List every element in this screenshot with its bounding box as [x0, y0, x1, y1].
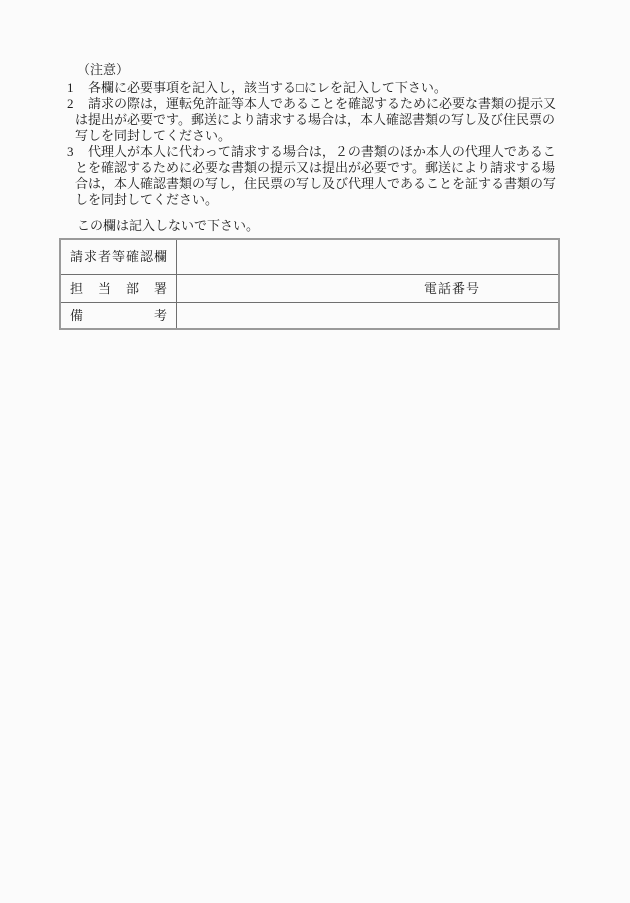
- note-line: 各欄に必要事項を記入し，該当する□にレを記入して下さい。: [75, 80, 565, 96]
- staff-confirmation-table: 請求者等確認欄 担当部署 電話番号 備考: [59, 238, 560, 330]
- note-line: 写しを同封してください。: [75, 128, 565, 144]
- table-label-requester-confirmation: 請求者等確認欄: [61, 240, 177, 274]
- note-number-3: 3: [67, 144, 80, 160]
- phone-number-label: 電話番号: [424, 275, 480, 302]
- document-page: （注意） 1 各欄に必要事項を記入し，該当する□にレを記入して下さい。 2 請求…: [0, 0, 630, 903]
- table-cell-requester-confirmation: [177, 240, 558, 274]
- note-item-1: 1 各欄に必要事項を記入し，該当する□にレを記入して下さい。: [67, 80, 565, 96]
- note-line: 請求の際は，運転免許証等本人であることを確認するために必要な書類の提示又: [75, 96, 565, 112]
- note-item-2: 2 請求の際は，運転免許証等本人であることを確認するために必要な書類の提示又 は…: [67, 96, 565, 144]
- table-row-requester-confirmation: 請求者等確認欄: [61, 240, 558, 274]
- table-row-remarks: 備考: [61, 302, 558, 328]
- notes-section: （注意） 1 各欄に必要事項を記入し，該当する□にレを記入して下さい。 2 請求…: [67, 62, 565, 208]
- note-line: は提出が必要です。郵送により請求する場合は，本人確認書類の写し及び住民票の: [75, 112, 565, 128]
- table-label-department: 担当部署: [61, 275, 177, 302]
- table-cell-department: 電話番号: [177, 275, 558, 302]
- staff-only-note: この欄は記入しないで下さい。: [77, 218, 259, 234]
- table-label-remarks: 備考: [61, 303, 177, 328]
- notes-heading: （注意）: [67, 62, 565, 78]
- note-line: 代理人が本人に代わって請求する場合は，２の書類のほか本人の代理人であるこ: [75, 144, 565, 160]
- note-line: とを確認するために必要な書類の提示又は提出が必要です。郵送により請求する場: [75, 160, 565, 176]
- note-line: しを同封してください。: [75, 192, 565, 208]
- table-cell-remarks: [177, 303, 558, 328]
- note-line: 合は，本人確認書類の写し，住民票の写し及び代理人であることを証する書類の写: [75, 176, 565, 192]
- note-item-3: 3 代理人が本人に代わって請求する場合は，２の書類のほか本人の代理人であるこ と…: [67, 144, 565, 208]
- table-row-department: 担当部署 電話番号: [61, 274, 558, 302]
- note-number-2: 2: [67, 96, 80, 112]
- note-number-1: 1: [67, 80, 80, 96]
